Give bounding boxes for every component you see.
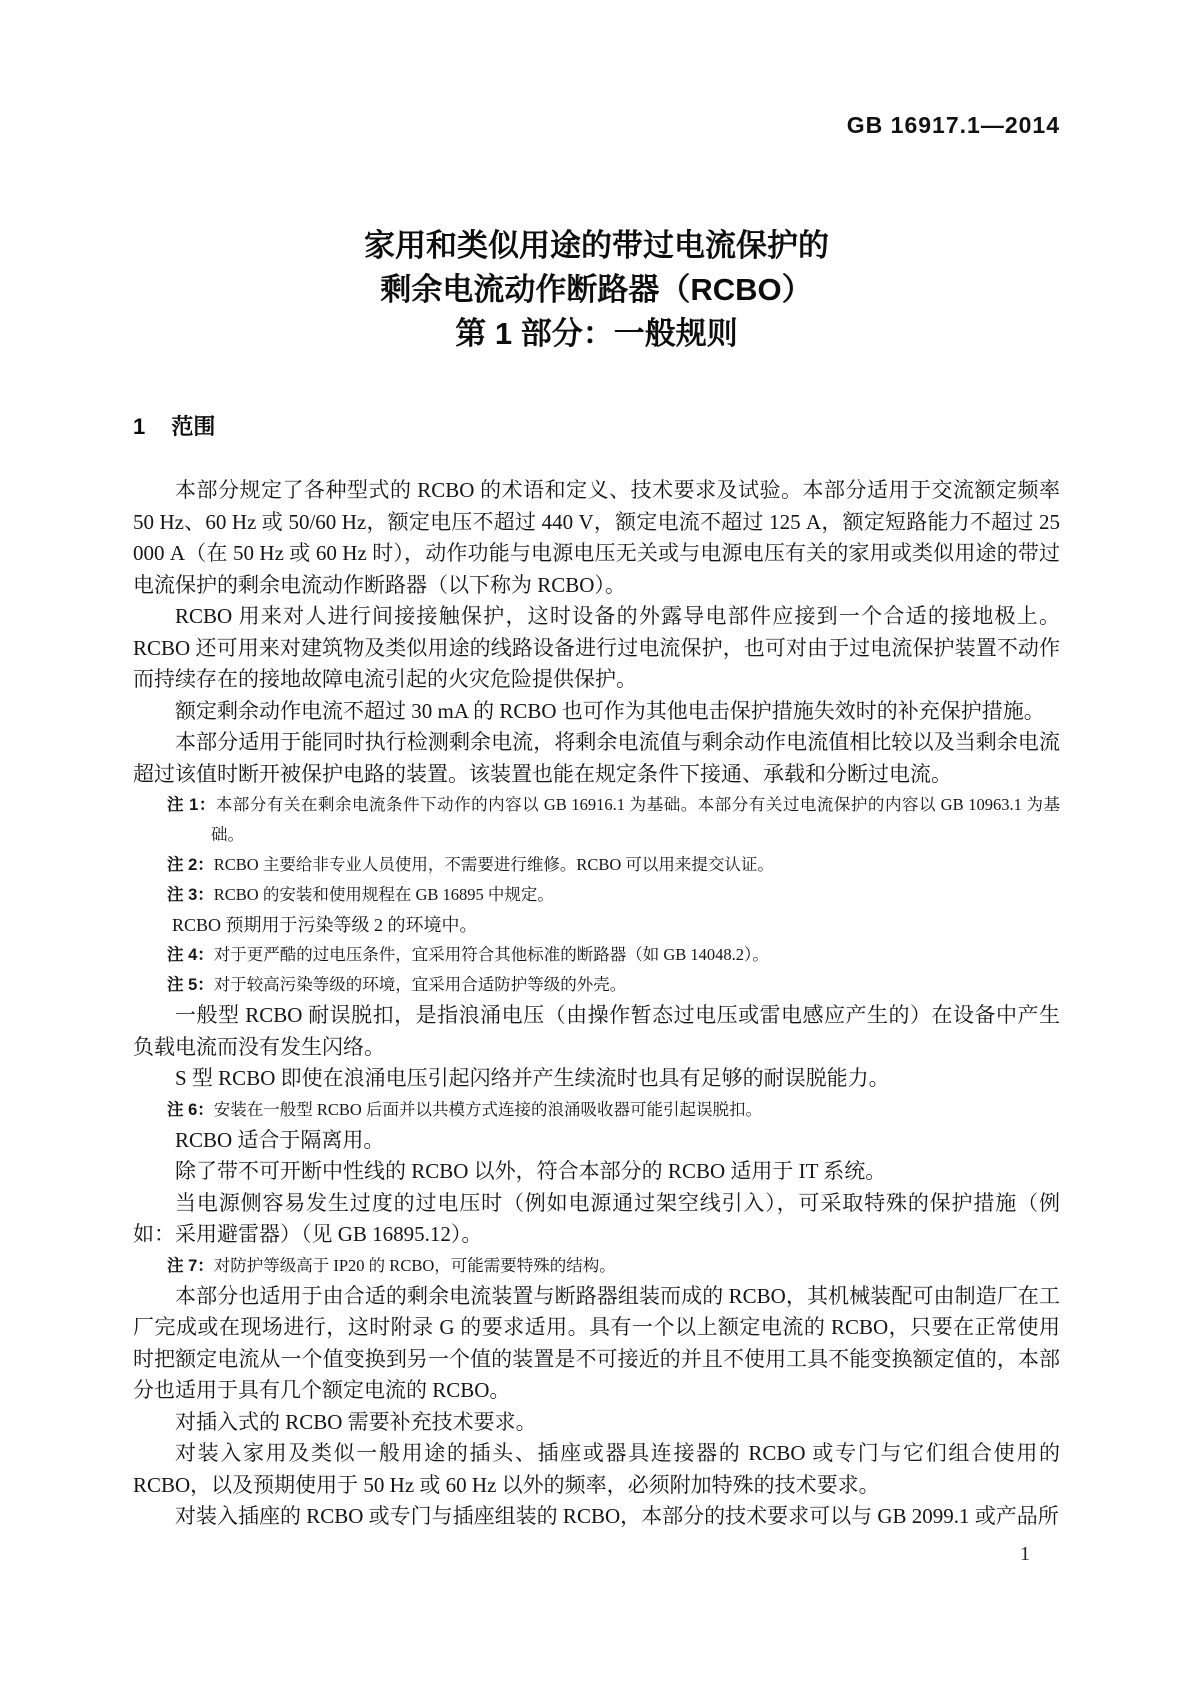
- note-text: 对防护等级高于 IP20 的 RCBO，可能需要特殊的结构。: [214, 1256, 616, 1275]
- body-paragraph: 对装入插座的 RCBO 或专门与插座组装的 RCBO，本部分的技术要求可以与 G…: [133, 1501, 1060, 1533]
- clause-heading: 1 范围: [133, 412, 1060, 442]
- body-paragraph: RCBO 适合于隔离用。: [133, 1125, 1060, 1157]
- body-content: 本部分规定了各种型式的 RCBO 的术语和定义、技术要求及试验。本部分适用于交流…: [133, 475, 1060, 1533]
- note-label: 注 6：: [167, 1101, 214, 1119]
- body-paragraph: 对装入家用及类似一般用途的插头、插座或器具连接器的 RCBO 或专门与它们组合使…: [133, 1438, 1060, 1501]
- note-label: 注 4：: [167, 946, 214, 964]
- body-paragraph: 本部分也适用于由合适的剩余电流装置与断路器组装而成的 RCBO，其机械装配可由制…: [133, 1281, 1060, 1407]
- page-number: 1: [133, 1539, 1060, 1569]
- note-paragraph: 注 1：本部分有关在剩余电流条件下动作的内容以 GB 16916.1 为基础。本…: [211, 790, 1060, 850]
- page-content-area: GB 16917.1—2014 家用和类似用途的带过电流保护的 剩余电流动作断路…: [0, 0, 1191, 1569]
- body-paragraph: 一般型 RCBO 耐误脱扣，是指浪涌电压（由操作暂态过电压或雷电感应产生的）在设…: [133, 1000, 1060, 1063]
- note-label: 注 2：: [167, 856, 214, 874]
- note-text: RCBO 的安装和使用规程在 GB 16895 中规定。: [214, 885, 554, 904]
- body-paragraph: 本部分适用于能同时执行检测剩余电流，将剩余电流值与剩余动作电流值相比较以及当剩余…: [133, 727, 1060, 790]
- body-paragraph: 本部分规定了各种型式的 RCBO 的术语和定义、技术要求及试验。本部分适用于交流…: [133, 475, 1060, 601]
- body-paragraph: S 型 RCBO 即使在浪涌电压引起闪络并产生续流时也具有足够的耐误脱能力。: [133, 1063, 1060, 1095]
- title-line-2: 剩余电流动作断路器（RCBO）: [133, 268, 1060, 312]
- note-label: 注 7：: [167, 1257, 214, 1275]
- body-paragraph: 除了带不可开断中性线的 RCBO 以外，符合本部分的 RCBO 适用于 IT 系…: [133, 1156, 1060, 1188]
- note-paragraph: 注 6：安装在一般型 RCBO 后面并以共模方式连接的浪涌吸收器可能引起误脱扣。: [211, 1095, 1060, 1125]
- note-text: 本部分有关在剩余电流条件下动作的内容以 GB 16916.1 为基础。本部分有关…: [211, 795, 1060, 844]
- title-line-1: 家用和类似用途的带过电流保护的: [133, 224, 1060, 268]
- note-label: 注 1：: [167, 796, 216, 814]
- body-paragraph: RCBO 用来对人进行间接接触保护，这时设备的外露导电部件应接到一个合适的接地极…: [133, 601, 1060, 696]
- note-paragraph: 注 7：对防护等级高于 IP20 的 RCBO，可能需要特殊的结构。: [211, 1251, 1060, 1281]
- note-text: 安装在一般型 RCBO 后面并以共模方式连接的浪涌吸收器可能引起误脱扣。: [214, 1100, 762, 1119]
- clause-title: 范围: [171, 412, 215, 442]
- note-text: 对于更严酷的过电压条件，宜采用符合其他标准的断路器（如 GB 14048.2）。: [214, 945, 769, 964]
- note-paragraph: 注 4：对于更严酷的过电压条件，宜采用符合其他标准的断路器（如 GB 14048…: [211, 940, 1060, 970]
- document-title: 家用和类似用途的带过电流保护的 剩余电流动作断路器（RCBO） 第 1 部分：一…: [133, 224, 1060, 356]
- standard-number-header: GB 16917.1—2014: [133, 112, 1060, 138]
- clause-number: 1: [133, 412, 145, 442]
- note-subline: RCBO 预期用于污染等级 2 的环境中。: [172, 910, 1060, 940]
- note-text: 对于较高污染等级的环境，宜采用合适防护等级的外壳。: [214, 975, 627, 994]
- body-paragraph: 额定剩余动作电流不超过 30 mA 的 RCBO 也可作为其他电击保护措施失效时…: [133, 696, 1060, 728]
- note-paragraph: 注 5：对于较高污染等级的环境，宜采用合适防护等级的外壳。: [211, 970, 1060, 1000]
- note-text: RCBO 主要给非专业人员使用，不需要进行维修。RCBO 可以用来提交认证。: [214, 855, 774, 874]
- note-paragraph: 注 3：RCBO 的安装和使用规程在 GB 16895 中规定。: [211, 880, 1060, 910]
- note-label: 注 3：: [167, 886, 214, 904]
- note-paragraph: 注 2：RCBO 主要给非专业人员使用，不需要进行维修。RCBO 可以用来提交认…: [211, 850, 1060, 880]
- note-label: 注 5：: [167, 976, 214, 994]
- document-page: GB 16917.1—2014 家用和类似用途的带过电流保护的 剩余电流动作断路…: [0, 0, 1191, 1684]
- body-paragraph: 当电源侧容易发生过度的过电压时（例如电源通过架空线引入），可采取特殊的保护措施（…: [133, 1188, 1060, 1251]
- title-line-3: 第 1 部分：一般规则: [133, 312, 1060, 356]
- body-paragraph: 对插入式的 RCBO 需要补充技术要求。: [133, 1407, 1060, 1439]
